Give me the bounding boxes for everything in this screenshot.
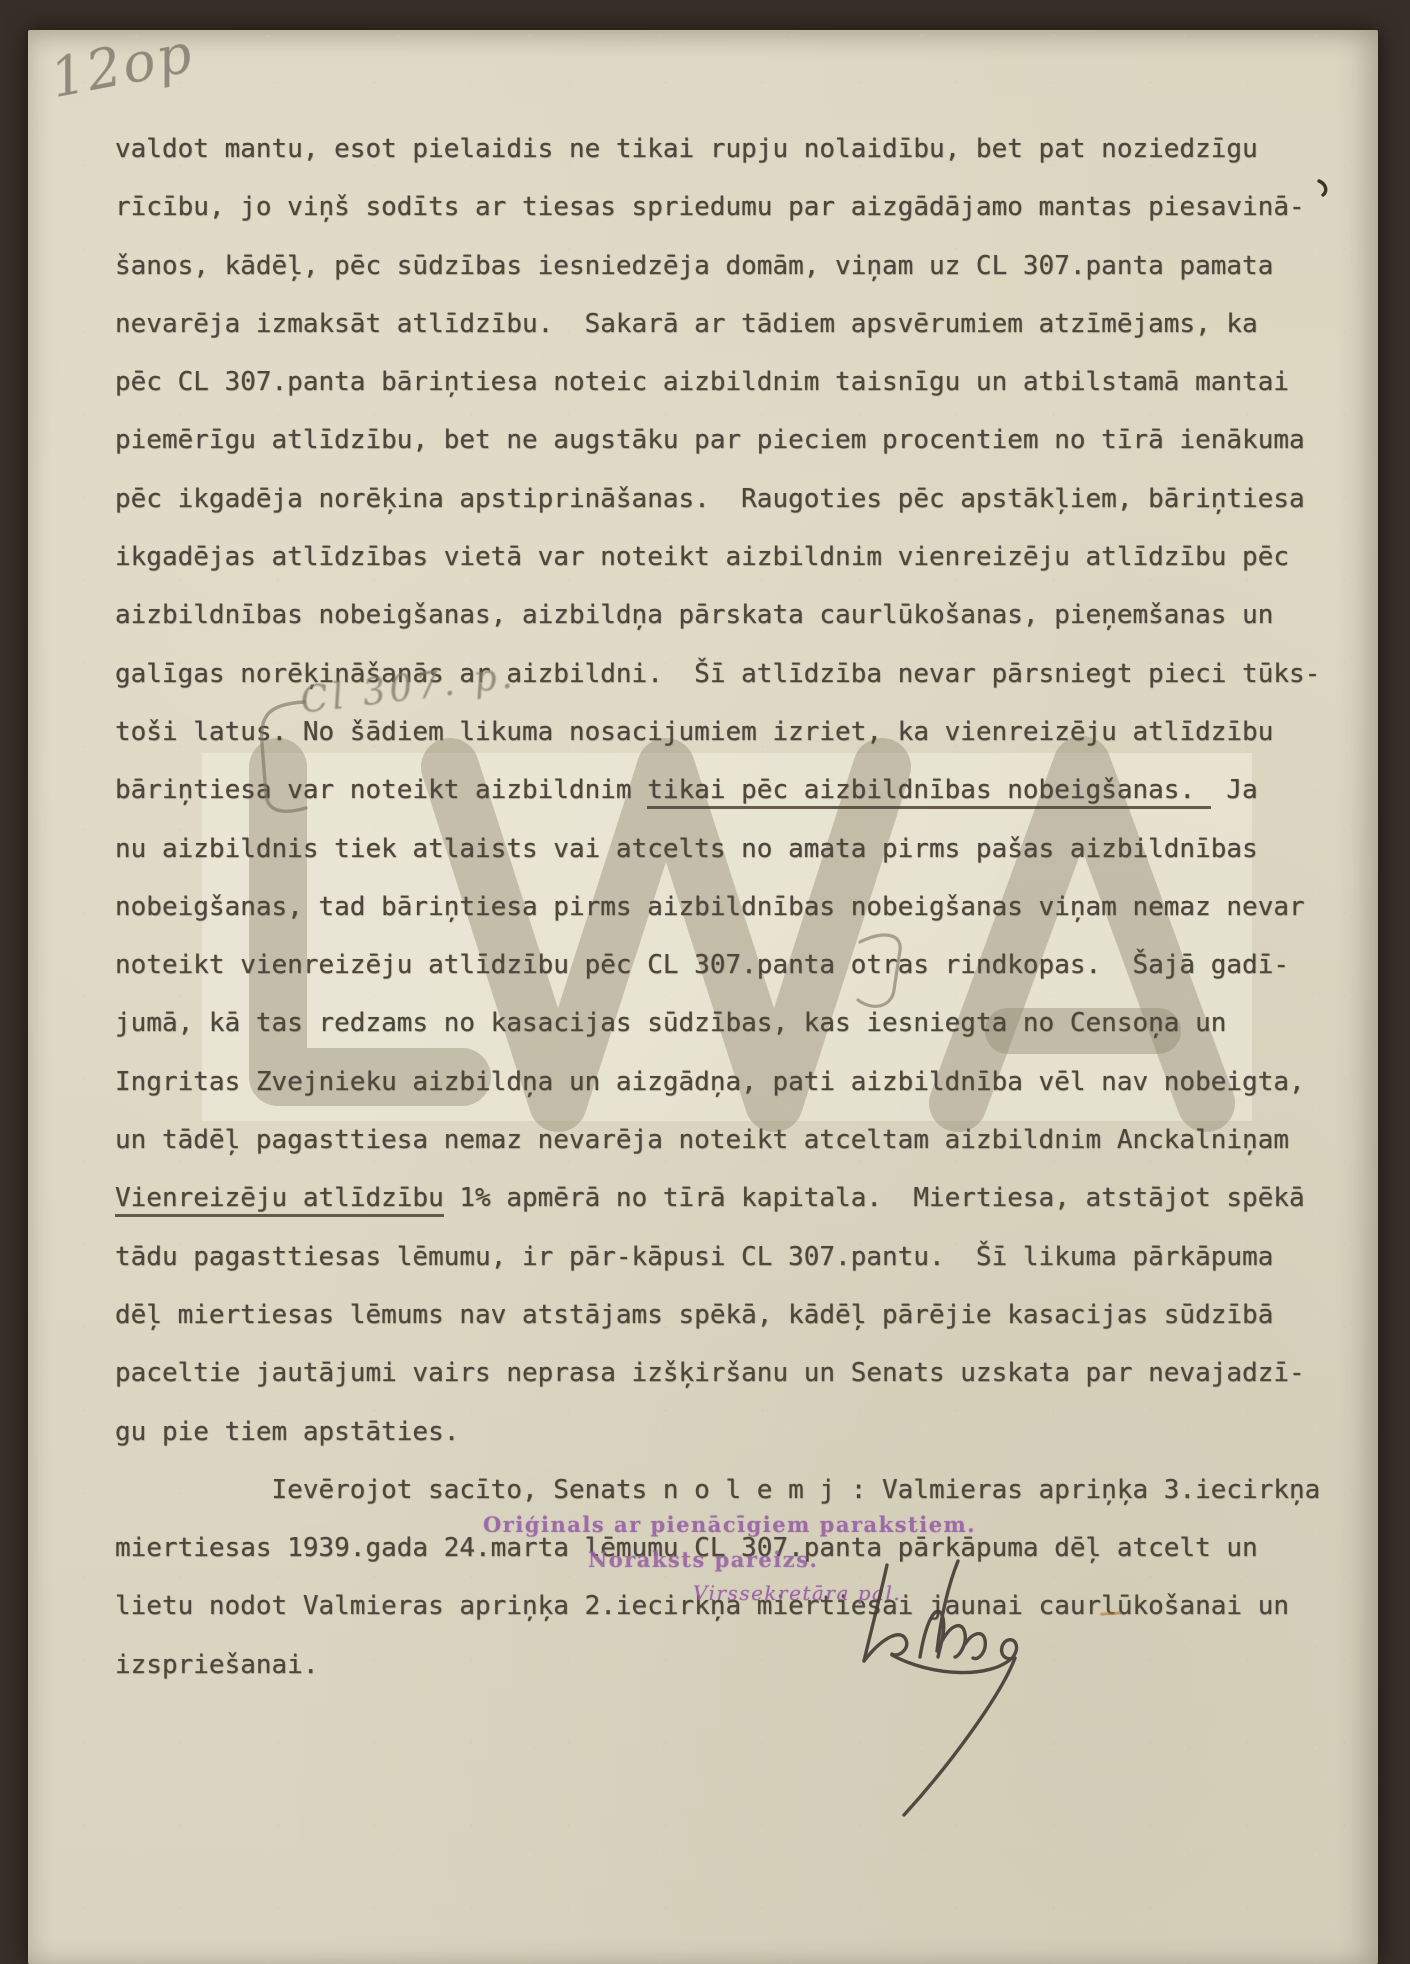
typed-line: nevarēja izmaksāt atlīdzību. Sakarā ar t… xyxy=(115,295,1355,353)
typed-line: aizbildnības nobeigšanas, aizbildņa pārs… xyxy=(115,586,1355,644)
typed-line: dēļ miertiesas lēmums nav atstājams spēk… xyxy=(115,1286,1355,1344)
stamp-line-original: Oriģinals ar pienācīgiem parakstiem. xyxy=(483,1512,976,1537)
typed-line: noteikt vienreizēju atlīdzību pēc CL 307… xyxy=(115,936,1355,994)
typed-line: valdot mantu, esot pielaidis ne tikai ru… xyxy=(115,120,1355,178)
typed-line: nu aizbildnis tiek atlaists vai atcelts … xyxy=(115,820,1355,878)
typed-line: izspriešanai. xyxy=(115,1636,1355,1694)
typed-line: šanos, kādēļ, pēc sūdzības iesniedzēja d… xyxy=(115,237,1355,295)
typed-line: un tādēļ pagasttiesa nemaz nevarēja note… xyxy=(115,1111,1355,1169)
typed-line: rīcību, jo viņš sodīts ar tiesas spriedu… xyxy=(115,178,1355,236)
stamp-line-secretary: Virssekretāra pal. xyxy=(693,1581,901,1605)
typed-line: piemērīgu atlīdzību, bet ne augstāku par… xyxy=(115,411,1355,469)
typed-line: gu pie tiem apstāties. xyxy=(115,1403,1355,1461)
typed-line: Ievērojot sacīto, Senats n o l e m j : V… xyxy=(115,1461,1355,1519)
typed-line: pēc CL 307.panta bāriņtiesa noteic aizbi… xyxy=(115,353,1355,411)
typed-line: ikgadējas atlīdzības vietā var noteikt a… xyxy=(115,528,1355,586)
typed-line: pēc ikgadēja norēķina apstiprināšanas. R… xyxy=(115,470,1355,528)
typed-line: toši latus. No šādiem likuma nosacijumie… xyxy=(115,703,1355,761)
scanned-document-page: 12op valdot mantu, esot pielaidis ne tik… xyxy=(0,0,1410,1964)
typed-line: tādu pagasttiesas lēmumu, ir pār-kāpusi … xyxy=(115,1228,1355,1286)
typed-line: bāriņtiesa var noteikt aizbildnim tikai … xyxy=(115,761,1355,819)
typed-line: Ingritas Zvejnieku aizbildņa un aizgādņa… xyxy=(115,1053,1355,1111)
typed-line: nobeigšanas, tad bāriņtiesa pirms aizbil… xyxy=(115,878,1355,936)
typed-line: jumā, kā tas redzams no kasacijas sūdzīb… xyxy=(115,994,1355,1052)
typed-text: valdot mantu, esot pielaidis ne tikai ru… xyxy=(115,120,1355,1694)
typed-line: Vienreizēju atlīdzību 1% apmērā no tīrā … xyxy=(115,1169,1355,1227)
ink-speck xyxy=(1316,178,1332,198)
typed-line: paceltie jautājumi vairs neprasa izšķirš… xyxy=(115,1344,1355,1402)
stamp-line-copy-correct: Noraksts pareizs. xyxy=(588,1547,818,1572)
